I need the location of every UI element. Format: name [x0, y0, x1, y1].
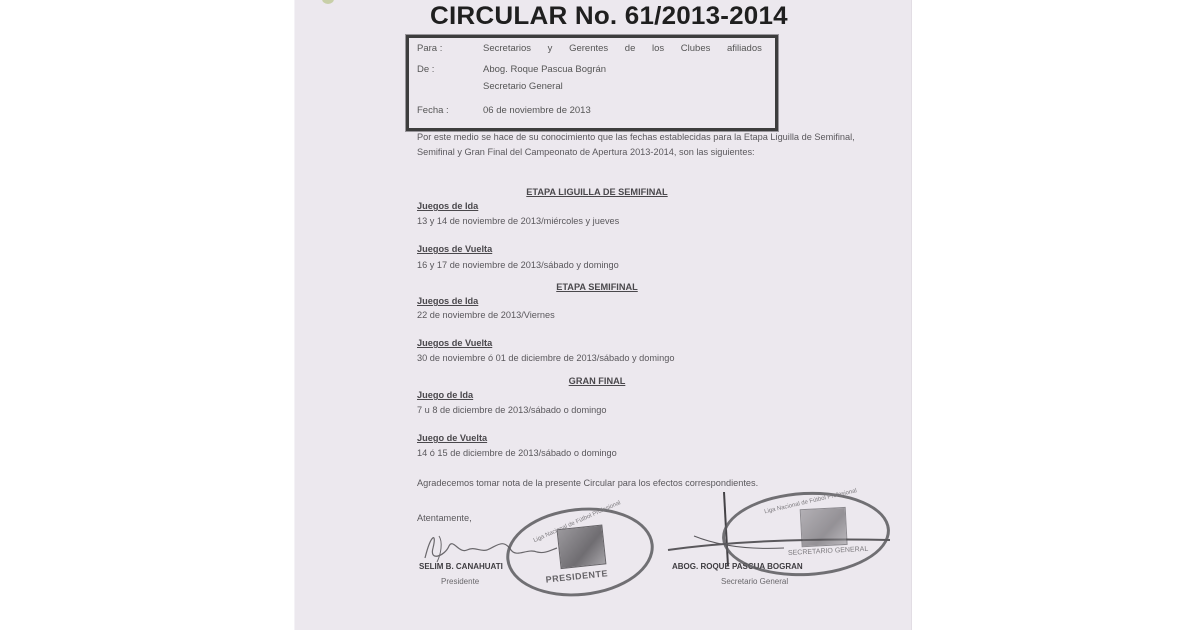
circular-title: CIRCULAR No. 61/2013-2014 [430, 2, 846, 31]
item-value: 16 y 17 de noviembre de 2013/sábado y do… [417, 260, 619, 270]
item-label: Juegos de Vuelta [417, 338, 492, 348]
de-role: Secretario General [483, 81, 563, 92]
para-value: Secretarios y Gerentes de los Clubes afi… [483, 43, 762, 54]
section-title: GRAN FINAL [417, 376, 777, 386]
section-title: ETAPA LIGUILLA DE SEMIFINAL [417, 187, 777, 197]
item-label: Juegos de Ida [417, 296, 478, 306]
fecha-value: 06 de noviembre de 2013 [483, 105, 591, 116]
de-value: Abog. Roque Pascua Bográn [483, 64, 606, 75]
header-row-fecha: Fecha :06 de noviembre de 2013 [417, 105, 591, 116]
signatory-name: SELIM B. CANAHUATI [419, 562, 503, 571]
closing-text: Agradecemos tomar nota de la presente Ci… [417, 478, 758, 488]
regards-text: Atentamente, [417, 513, 472, 523]
signatory-role: Presidente [441, 577, 479, 586]
intro-paragraph: Por este medio se hace de su conocimient… [417, 130, 857, 159]
item-value: 14 ó 15 de diciembre de 2013/sábado o do… [417, 448, 617, 458]
item-label: Juego de Vuelta [417, 433, 487, 443]
item-label: Juego de Ida [417, 390, 473, 400]
logo-icon [322, 0, 334, 4]
stamp-label: SECRETARIO GENERAL [788, 546, 869, 557]
item-value: 22 de noviembre de 2013/Viernes [417, 310, 555, 320]
document-page: CIRCULAR No. 61/2013-2014 Para :Secretar… [294, 0, 912, 630]
document-body: Por este medio se hace de su conocimient… [417, 130, 857, 159]
fecha-label: Fecha : [417, 105, 483, 116]
header-box: Para :Secretarios y Gerentes de los Club… [406, 35, 778, 131]
item-label: Juegos de Vuelta [417, 244, 492, 254]
signatory-role: Secretario General [721, 577, 788, 586]
item-value: 7 u 8 de diciembre de 2013/sábado o domi… [417, 405, 607, 415]
league-emblem-icon [557, 525, 607, 570]
de-label: De : [417, 64, 483, 75]
stamp-president: Liga Nacional de Fútbol Profesional PRES… [502, 501, 658, 604]
item-value: 13 y 14 de noviembre de 2013/miércoles y… [417, 216, 619, 226]
header-row-de: De :Abog. Roque Pascua Bográn [417, 64, 606, 75]
stamp-label: PRESIDENTE [545, 568, 608, 584]
header-row-de-2: Secretario General [417, 81, 563, 92]
item-label: Juegos de Ida [417, 201, 478, 211]
item-value: 30 de noviembre ó 01 de diciembre de 201… [417, 353, 674, 363]
header-row-para: Para :Secretarios y Gerentes de los Club… [417, 43, 762, 54]
para-label: Para : [417, 43, 483, 54]
section-title: ETAPA SEMIFINAL [417, 282, 777, 292]
league-emblem-icon [800, 507, 848, 547]
